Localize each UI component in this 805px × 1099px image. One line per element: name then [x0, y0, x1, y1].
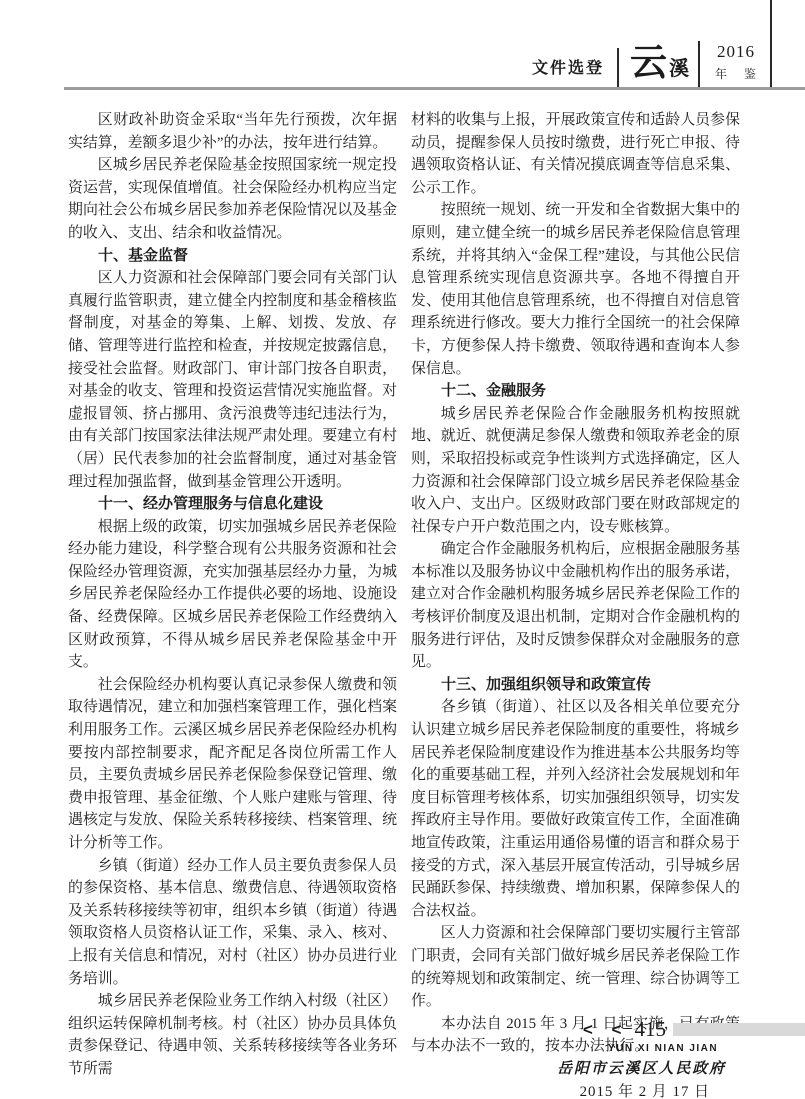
issuing-authority: 岳阳市云溪区人民政府 — [411, 1058, 740, 1081]
header-rule — [64, 87, 805, 90]
body-paragraph: 乡镇（街道）经办工作人员主要负责参保人员的参保资格、基本信息、缴费信息、待遇领取… — [68, 855, 397, 991]
section-heading-12: 十二、金融服务 — [411, 380, 740, 403]
right-column: 材料的收集与上报，开展政策宣传和适龄人员参保动员，提醒参保人员按时缴费，进行死亡… — [411, 109, 740, 1099]
header-section-title: 文件选登 — [532, 55, 604, 78]
section-heading-13: 十三、加强组织领导和政策宣传 — [411, 674, 740, 697]
body-paragraph: 区人力资源和社会保障部门要会同有关部门认真履行监管职责，建立健全内控制度和基金稽… — [68, 267, 397, 493]
section-heading-11: 十一、经办管理服务与信息化建设 — [68, 493, 397, 516]
footer-bar — [673, 1023, 805, 1036]
page-header: 文件选登 云 溪 2016 年 鉴 — [532, 0, 772, 87]
journal-brand: 云 溪 — [630, 45, 689, 82]
header-divider — [617, 48, 619, 87]
page-footer: < < 415 — [0, 1021, 805, 1038]
issue-date: 2015 年 2 月 17 日 — [411, 1081, 740, 1099]
section-heading-10: 十、基金监督 — [68, 245, 397, 268]
header-year-block: 2016 年 鉴 — [709, 43, 763, 82]
body-paragraph: 按照统一规划、统一开发和全省数据大集中的原则，建立健全统一的城乡居民养老保险信息… — [411, 199, 740, 380]
yearbook-page: 文件选登 云 溪 2016 年 鉴 区财政补助资金采取“当年先行预拨，次年据实结… — [0, 0, 805, 1099]
body-paragraph: 城乡居民养老保险合作金融服务机构按照就地、就近、就便满足参保人缴费和领取养老金的… — [411, 403, 740, 539]
body-paragraph-continued: 材料的收集与上报，开展政策宣传和适龄人员参保动员，提醒参保人员按时缴费，进行死亡… — [411, 109, 740, 199]
body-paragraph: 确定合作金融服务机构后，应根据金融服务基本标准以及服务协议中金融机构作出的服务承… — [411, 538, 740, 674]
body-paragraph: 各乡镇（街道）、社区以及各相关单位要充分认识建立城乡居民养老保险制度的重要性，将… — [411, 696, 740, 922]
journal-brand-small: 溪 — [669, 52, 689, 81]
document-body: 区财政补助资金采取“当年先行预拨，次年据实结算，差额多退少补”的办法，按年进行结… — [68, 109, 740, 1099]
body-paragraph: 区城乡居民养老保险基金按照国家统一规定投资运营，实现保值增值。社会保险经办机构应… — [68, 154, 397, 244]
page-number: 415 — [635, 1019, 667, 1040]
body-paragraph: 区财政补助资金采取“当年先行预拨，次年据实结算，差额多退少补”的办法，按年进行结… — [68, 109, 397, 154]
body-paragraph: 社会保险经办机构要认真记录参保人缴费和领取待遇情况，建立和加强档案管理工作，强化… — [68, 674, 397, 855]
header-year-label: 年 鉴 — [709, 65, 763, 82]
header-divider — [698, 41, 700, 87]
journal-brand-large: 云 — [630, 45, 667, 82]
body-paragraph: 区人力资源和社会保障部门要切实履行主管部门职责，会同有关部门做好城乡居民养老保险… — [411, 922, 740, 1012]
left-column: 区财政补助资金采取“当年先行预拨，次年据实结算，差额多退少补”的办法，按年进行结… — [68, 109, 397, 1099]
header-year: 2016 — [717, 43, 755, 62]
body-paragraph: 根据上级的政策，切实加强城乡居民养老保险经办能力建设，科学整合现有公共服务资源和… — [68, 516, 397, 674]
journal-romanized-title: YUN XI NIAN JIAN — [608, 1043, 718, 1054]
double-chevron-icon: < < — [583, 1021, 629, 1038]
